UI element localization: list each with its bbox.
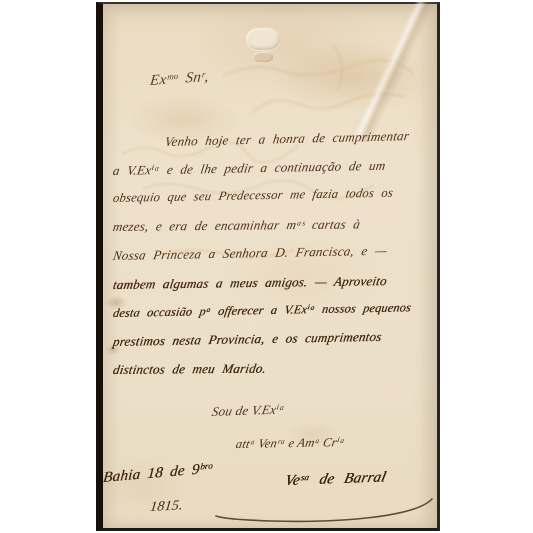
letter-line: tambem algumas a meus amigos. — Aproveit… [112,273,435,293]
letter-line: a V.Exⁱᵃ e de lhe pedir a continuação de… [112,157,436,179]
letter-line: prestimos nesta Provincia, e os cumprime… [112,328,436,350]
letter-line: obsequio que seu Predecessor me fazia to… [112,185,435,206]
signature: Veˢᵃ de Barral [283,470,387,490]
letter-body: Venho hoje ter a honra de cumprimentar a… [103,4,437,404]
letter-line: desta occasião pᵃ offerecer a V.Exⁱᵃ nos… [112,300,435,321]
letter-scan: Exᵐᵒ Snʳ, Venho hoje ter a honra de cump… [0,0,533,533]
letter-line: distinctos de meu Marido. [112,359,435,378]
letter-line: Venho hoje ter a honra de cumprimentar [164,127,436,150]
letter-line: mezes, e era de encaminhar mᵃˢ cartas à [112,216,435,235]
closing-line-courtesy: attᵃ Venʳᵃ e Amᵃ Crⁱᵃ [234,434,346,452]
closing-line-valediction: Sou de V.Exⁱᵃ [211,401,286,419]
letter-line: Nossa Princeza a Senhora D. Francisca, e… [112,242,436,264]
signature-flourish [210,495,437,523]
dateline-year: 1815. [149,498,184,516]
letter-paper: Exᵐᵒ Snʳ, Venho hoje ter a honra de cump… [96,2,440,531]
